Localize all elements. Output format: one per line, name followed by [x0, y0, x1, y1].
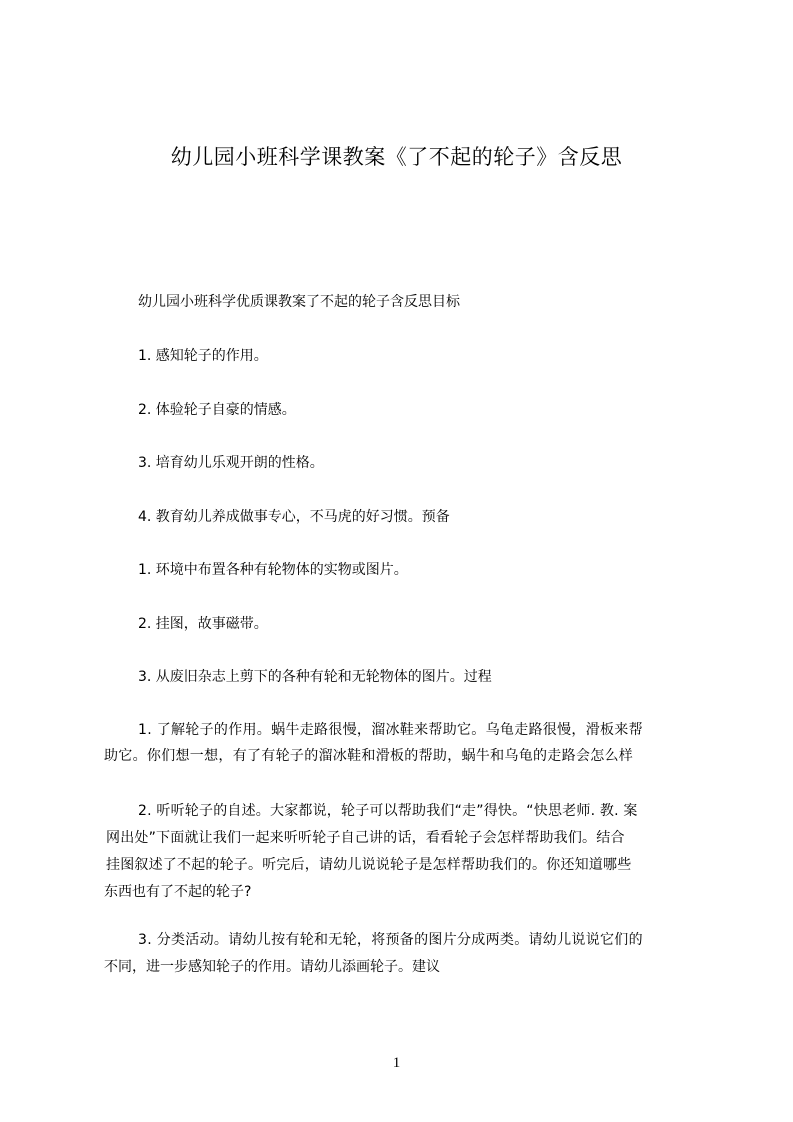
process-paragraph-line: 2. 听听轮子的自述。大家都说，轮子可以帮助我们“走”得快。“快思老师. 教. … [138, 801, 638, 821]
goal-item: 4. 教育幼儿养成做事专心，不马虎的好习惯。预备 [138, 507, 450, 527]
preparation-item: 3. 从废旧杂志上剪下的各种有轮和无轮物体的图片。过程 [138, 667, 492, 687]
process-paragraph-line: 挂图叙述了不起的轮子。听完后，请幼儿说说轮子是怎样帮助我们的。你还知道哪些 [106, 855, 631, 875]
document-title: 幼儿园小班科学课教案《了不起的轮子》含反思 [0, 141, 793, 173]
process-paragraph-line: 助它。你们想一想，有了有轮子的溜冰鞋和滑板的帮助，蜗牛和乌龟的走路会怎么样 [104, 746, 633, 766]
page-number: 1 [0, 1055, 793, 1072]
process-paragraph-line: 1. 了解轮子的作用。蜗牛走路很慢，溜冰鞋来帮助它。乌龟走路很慢，滑板来帮 [138, 720, 643, 740]
goal-item: 1. 感知轮子的作用。 [138, 346, 268, 366]
process-paragraph-line: 3. 分类活动。请幼儿按有轮和无轮，将预备的图片分成两类。请幼儿说说它们的 [138, 930, 643, 950]
preparation-item: 2. 挂图，故事磁带。 [138, 614, 268, 634]
goal-item: 2. 体验轮子自豪的情感。 [138, 400, 296, 420]
preparation-item: 1. 环境中布置各种有轮物体的实物或图片。 [138, 560, 408, 580]
process-paragraph-line: 网出处”下面就让我们一起来听听轮子自己讲的话，看看轮子会怎样帮助我们。结合 [106, 828, 625, 848]
goal-item: 3. 培育幼儿乐观开朗的性格。 [138, 453, 324, 473]
section-heading: 幼儿园小班科学优质课教案了不起的轮子含反思目标 [138, 292, 460, 312]
process-paragraph-line: 东西也有了不起的轮子? [104, 882, 251, 902]
process-paragraph-line: 不同，进一步感知轮子的作用。请幼儿添画轮子。建议 [104, 957, 440, 977]
